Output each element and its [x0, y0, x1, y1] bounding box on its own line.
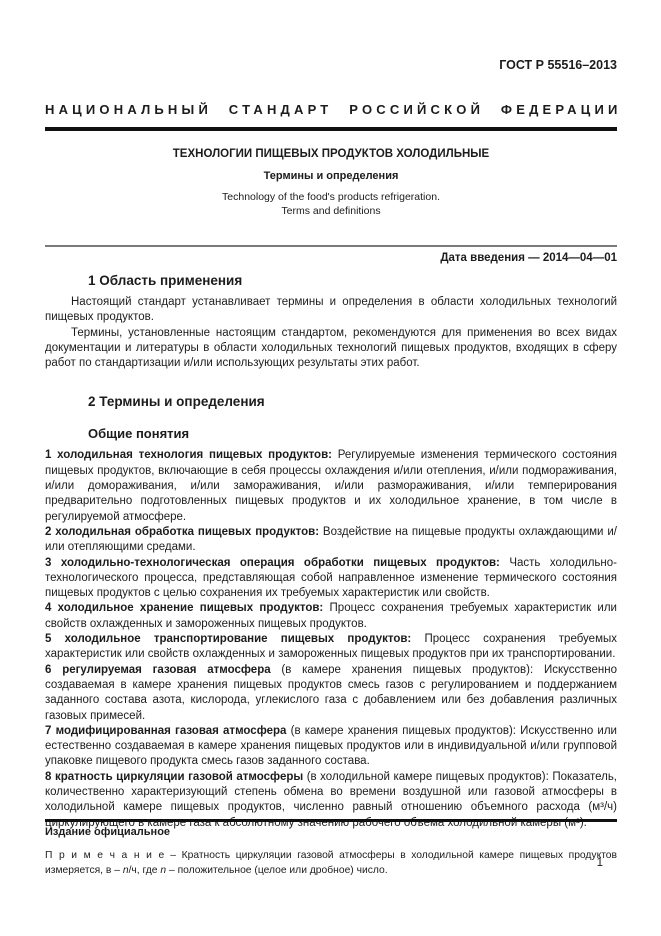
term-item: 5 холодильное транспортирование пищевых …: [45, 632, 617, 663]
note-text-2: /ч, где: [129, 865, 161, 876]
footer: Издание официальное: [45, 819, 617, 838]
document-page: ГОСТ Р 55516–2013 НАЦИОНАЛЬНЫЙ СТАНДАРТ …: [0, 0, 661, 936]
scope-paragraph-1: Настоящий стандарт устанавливает термины…: [45, 295, 617, 326]
introduction-date: Дата введения — 2014—04—01: [45, 252, 617, 264]
term-context: (в холодильной камере пищевых продуктов)…: [303, 771, 549, 783]
term-item: 3 холодильно-технологическая операция об…: [45, 556, 617, 602]
term-name: 3 холодильно-технологическая операция об…: [45, 557, 500, 569]
section2-subheading: Общие понятия: [45, 426, 617, 441]
section1-heading: 1 Область применения: [45, 273, 617, 288]
term-number: 3: [45, 557, 51, 569]
document-subtitle: Термины и определения: [45, 170, 617, 182]
term-item: 2 холодильная обработка пищевых продукто…: [45, 525, 617, 556]
term-number: 5: [45, 633, 51, 645]
title-en-line1: Technology of the food's products refrig…: [45, 190, 617, 204]
term-context: (в камере хранения пищевых продуктов):: [286, 725, 516, 737]
section2-heading: 2 Термины и определения: [45, 394, 617, 409]
scope-paragraph-2: Термины, установленные настоящим стандар…: [45, 326, 617, 372]
title-en-line2: Terms and definitions: [45, 204, 617, 218]
term-name: 5 холодильное транспортирование пищевых …: [45, 633, 411, 645]
note-label: П р и м е ч а н и е: [45, 850, 165, 861]
term-item: 1 холодильная технология пищевых продукт…: [45, 448, 617, 524]
note: П р и м е ч а н и е – Кратность циркуляц…: [45, 848, 617, 878]
term-name: 8 кратность циркуляции газовой атмосферы: [45, 771, 303, 783]
header-rule: [45, 127, 617, 131]
date-divider-rule: [45, 245, 617, 247]
doc-code: ГОСТ Р 55516–2013: [45, 58, 617, 72]
footer-rule: [45, 819, 617, 822]
term-item: 7 модифицированная газовая атмосфера (в …: [45, 724, 617, 770]
terms-list: 1 холодильная технология пищевых продукт…: [45, 448, 617, 830]
document-title: ТЕХНОЛОГИИ ПИЩЕВЫХ ПРОДУКТОВ ХОЛОДИЛЬНЫЕ: [45, 148, 617, 160]
term-number: 6: [45, 664, 51, 676]
national-standard-line: НАЦИОНАЛЬНЫЙ СТАНДАРТ РОССИЙСКОЙ ФЕДЕРАЦ…: [45, 102, 617, 117]
term-number: 2: [45, 526, 51, 538]
term-name: 7 модифицированная газовая атмосфера: [45, 725, 286, 737]
official-edition-label: Издание официальное: [45, 826, 617, 838]
term-item: 6 регулируемая газовая атмосфера (в каме…: [45, 663, 617, 724]
document-title-en: Technology of the food's products refrig…: [45, 190, 617, 218]
term-name: 1 холодильная технология пищевых продукт…: [45, 449, 332, 461]
section1-body: Настоящий стандарт устанавливает термины…: [45, 295, 617, 371]
term-number: 7: [45, 725, 51, 737]
term-item: 4 холодильное хранение пищевых продуктов…: [45, 601, 617, 632]
note-text-3: – положительное (целое или дробное) числ…: [166, 865, 387, 876]
term-context: (в камере хранения пищевых продуктов):: [271, 664, 534, 676]
term-number: 1: [45, 449, 51, 461]
term-name: 4 холодильное хранение пищевых продуктов…: [45, 602, 323, 614]
term-number: 4: [45, 602, 51, 614]
note-dash: –: [165, 850, 182, 861]
page-number: 1: [597, 857, 603, 869]
term-name: 6 регулируемая газовая атмосфера: [45, 664, 271, 676]
term-name: 2 холодильная обработка пищевых продукто…: [45, 526, 319, 538]
term-number: 8: [45, 771, 51, 783]
